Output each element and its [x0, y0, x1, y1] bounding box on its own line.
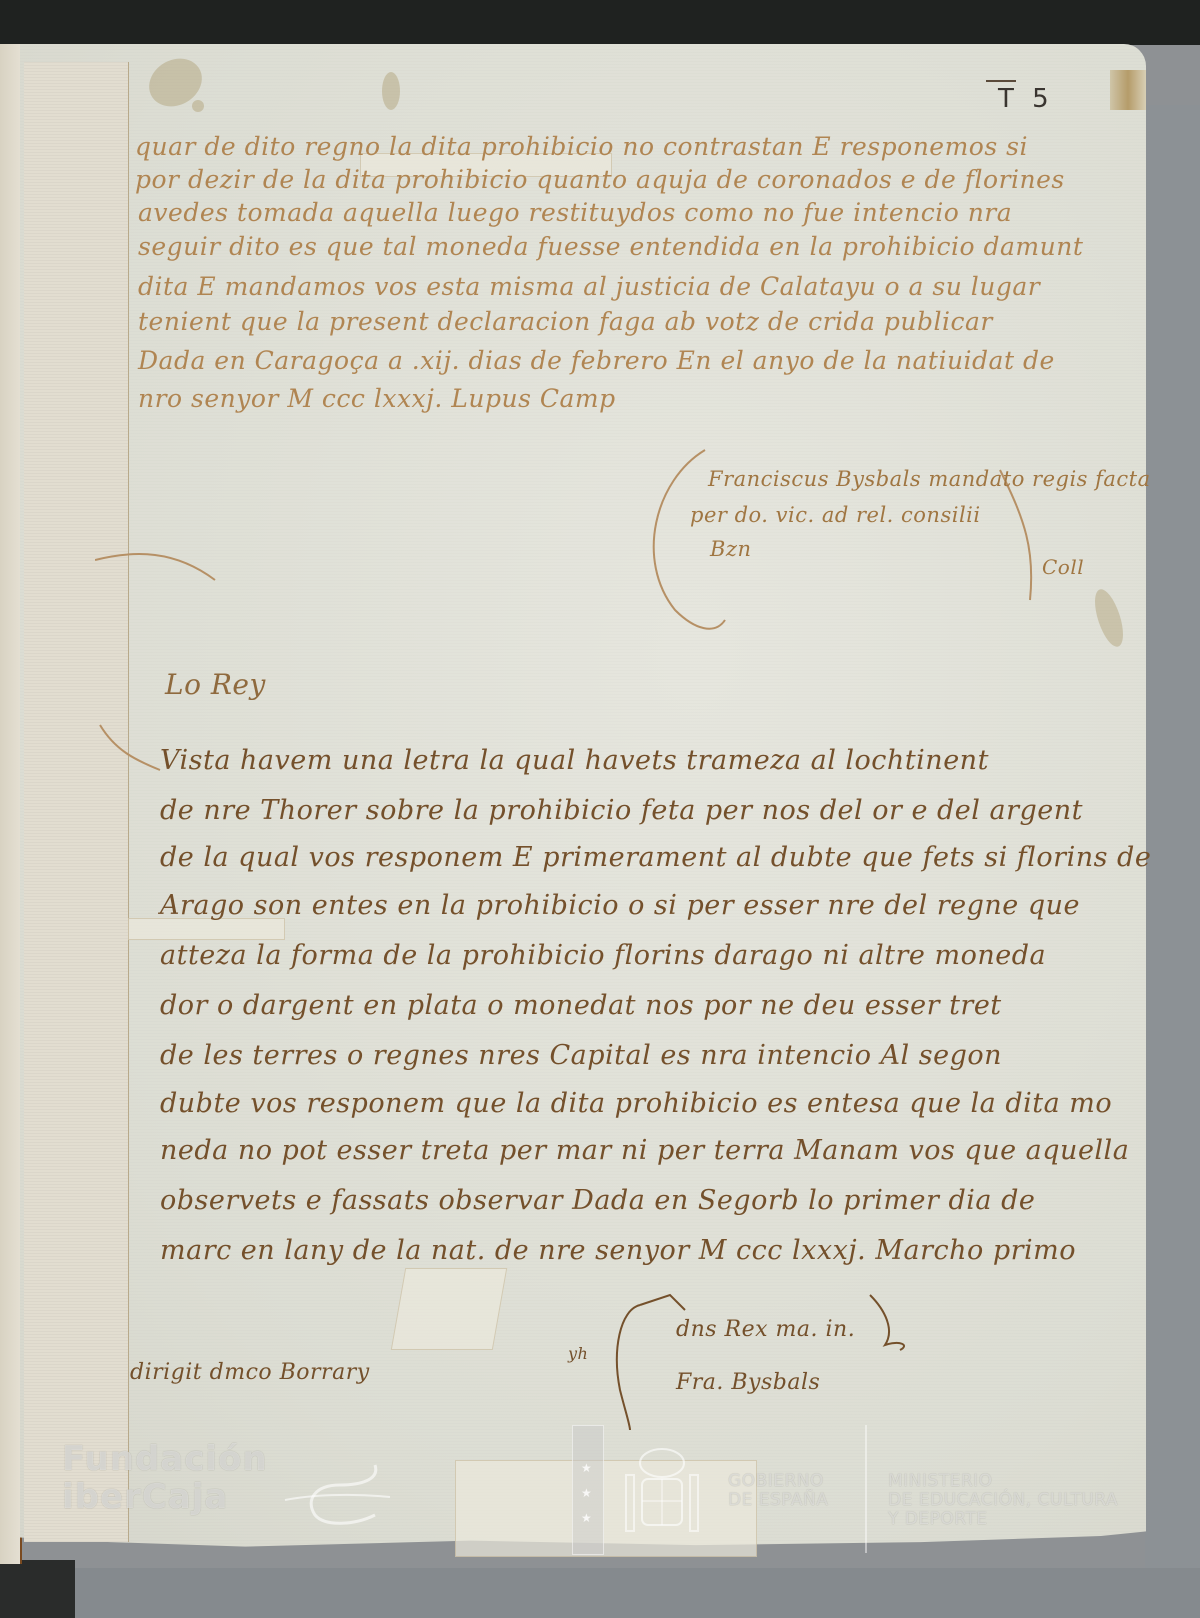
binding-guard-strip — [24, 62, 129, 1542]
gobierno-line2: DE ESPAÑA — [728, 1491, 828, 1510]
signature-middle-mark: yh — [568, 1344, 588, 1363]
gobierno-line1: GOBIERNO — [728, 1472, 828, 1491]
text-line: Vista havem una letra la qual havets tra… — [160, 745, 989, 776]
text-line: Dada en Caragoça a .xij. dias de febrero… — [138, 346, 1055, 375]
fundacion-ibercaja-logo: Fundación iberCaja — [62, 1440, 268, 1516]
note-line: Bzn — [710, 537, 752, 561]
binding-corner — [0, 1560, 75, 1618]
text-line: seguir dito es que tal moneda fuesse ent… — [138, 232, 1083, 261]
text-line: nro senyor M ccc lxxxj. Lupus Camp — [138, 384, 616, 413]
note-right-mark: Coll — [1042, 555, 1084, 579]
star-icon: ★ — [581, 1486, 592, 1500]
text-line: dor o dargent en plata o monedat nos por… — [160, 990, 1002, 1021]
text-line: avedes tomada aquella luego restituydos … — [138, 198, 1012, 227]
text-line: atteza la forma de la prohibicio florins… — [160, 940, 1046, 971]
spain-coat-of-arms-icon — [622, 1445, 702, 1537]
text-line: dita E mandamos vos esta misma al justic… — [138, 272, 1040, 301]
text-line: marc en lany de la nat. de nre senyor M … — [160, 1235, 1076, 1266]
folio-mark-bar — [986, 80, 1016, 82]
fundacion-text: Fundación — [62, 1440, 268, 1478]
text-line: Arago son entes en la prohibicio o si pe… — [160, 890, 1080, 921]
spain-flag-bar: ★ ★ ★ — [572, 1425, 604, 1555]
text-line: quar de dito regno la dita prohibicio no… — [135, 132, 1028, 161]
note-line: Franciscus Bysbals mandato regis facta — [708, 467, 1151, 491]
text-line: de les terres o regnes nres Capital es n… — [160, 1040, 1002, 1071]
text-line: de la qual vos responem E primerament al… — [160, 842, 1151, 873]
ibercaja-text: iberCaja — [62, 1478, 268, 1516]
watermark-divider — [865, 1425, 867, 1553]
star-icon: ★ — [581, 1511, 592, 1525]
ministerio-text: MINISTERIO DE EDUCACIÓN, CULTURA Y DEPOR… — [888, 1472, 1118, 1529]
repair-patch — [455, 1460, 757, 1557]
signature-right-line: Fra. Bysbals — [676, 1370, 820, 1395]
gobierno-espana-text: GOBIERNO DE ESPAÑA — [728, 1472, 828, 1510]
page-stack-edges — [1110, 70, 1146, 110]
folio-mark-prefix: T — [998, 84, 1014, 114]
text-line: dubte vos responem que la dita prohibici… — [160, 1088, 1112, 1119]
ministerio-line1: MINISTERIO — [888, 1472, 1118, 1491]
text-line: por dezir de la dita prohibicio quanto a… — [135, 165, 1065, 194]
scanner-background-right — [1145, 105, 1200, 1618]
salutation: Lo Rey — [165, 668, 266, 701]
text-line: tenient que la present declaracion faga … — [138, 307, 993, 336]
folio-number: T 5 — [998, 84, 1049, 114]
folio-number-value: 5 — [1032, 84, 1049, 114]
signature-left: dirigit dmco Borrary — [130, 1360, 370, 1385]
note-line: per do. vic. ad rel. consilii — [690, 503, 981, 527]
previous-page-edge — [0, 44, 22, 1564]
ministerio-line3: Y DEPORTE — [888, 1510, 1118, 1529]
signature-right-line: dns Rex ma. in. — [676, 1317, 855, 1342]
text-line: observets e fassats observar Dada en Seg… — [160, 1185, 1035, 1216]
ministerio-line2: DE EDUCACIÓN, CULTURA — [888, 1491, 1118, 1510]
scanner-background-top — [0, 0, 1200, 45]
text-line: neda no pot esser treta per mar ni per t… — [160, 1135, 1129, 1166]
ibercaja-swirl-icon — [280, 1455, 400, 1535]
scanner-background-bottom — [0, 1568, 1200, 1618]
ink-stain — [192, 100, 204, 112]
repair-tape — [128, 918, 285, 940]
signature-bracket — [600, 1290, 930, 1430]
star-icon: ★ — [581, 1461, 592, 1475]
repair-patch — [391, 1268, 507, 1350]
ink-stain — [382, 72, 400, 110]
text-line: de nre Thorer sobre la prohibicio feta p… — [160, 795, 1083, 826]
